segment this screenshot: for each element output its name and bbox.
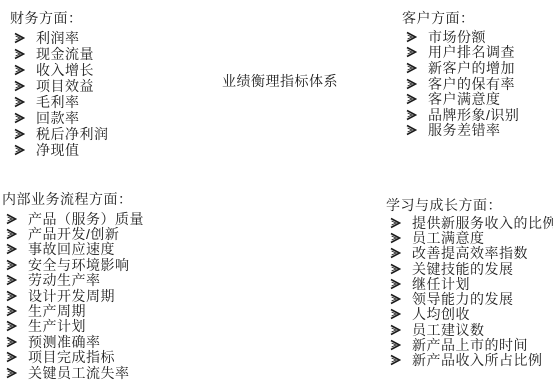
arrowhead-right-icon — [389, 354, 401, 366]
arrowhead-right-icon — [5, 320, 17, 332]
list-item-label: 净现值 — [36, 140, 80, 160]
list-item-label: 关键员工流失率 — [28, 363, 130, 383]
balanced-scorecard-diagram: 业绩衡理指标体系 财务方面： 利润率 现金流量 收入增长 — [0, 0, 553, 386]
arrowhead-right-icon — [13, 144, 25, 156]
list-item: 净现值 — [10, 142, 109, 158]
quadrant-learning-growth: 学习与成长方面： 提供新服务收入的比例 员工满意度 改善提高效率指数 — [386, 197, 553, 368]
arrowhead-right-icon — [389, 278, 401, 290]
arrowhead-right-icon — [13, 32, 25, 44]
list-item-label: 新产品收入所占比例 — [412, 350, 543, 370]
arrowhead-right-icon — [13, 128, 25, 140]
arrowhead-right-icon — [13, 80, 25, 92]
arrowhead-right-icon — [5, 213, 17, 225]
arrowhead-right-icon — [389, 232, 401, 244]
quadrant-customer-heading: 客户方面： — [402, 10, 519, 26]
arrowhead-right-icon — [5, 243, 17, 255]
arrowhead-right-icon — [405, 124, 417, 136]
arrowhead-right-icon — [13, 112, 25, 124]
arrowhead-right-icon — [405, 46, 417, 58]
arrowhead-right-icon — [5, 351, 17, 363]
list-item: 关键员工流失率 — [2, 365, 144, 380]
quadrant-financial: 财务方面： 利润率 现金流量 收入增长 — [10, 10, 109, 158]
arrowhead-right-icon — [405, 62, 417, 74]
quadrant-learning-growth-heading: 学习与成长方面： — [386, 197, 553, 213]
arrowhead-right-icon — [389, 217, 401, 229]
arrowhead-right-icon — [389, 247, 401, 259]
arrowhead-right-icon — [5, 228, 17, 240]
diagram-center-title: 业绩衡理指标体系 — [222, 71, 338, 91]
arrowhead-right-icon — [5, 367, 17, 379]
arrowhead-right-icon — [389, 308, 401, 320]
arrowhead-right-icon — [389, 324, 401, 336]
arrowhead-right-icon — [5, 290, 17, 302]
quadrant-internal-process-heading: 内部业务流程方面： — [2, 191, 144, 207]
quadrant-customer: 客户方面： 市场份额 用户排名调查 新客户的增加 — [402, 10, 519, 138]
quadrant-financial-list: 利润率 现金流量 收入增长 项目效益 — [10, 30, 109, 158]
arrowhead-right-icon — [13, 64, 25, 76]
arrowhead-right-icon — [405, 93, 417, 105]
quadrant-learning-growth-list: 提供新服务收入的比例 员工满意度 改善提高效率指数 关键技能的发展 — [386, 215, 553, 368]
arrowhead-right-icon — [405, 78, 417, 90]
list-item: 服务差错率 — [402, 123, 519, 139]
quadrant-financial-heading: 财务方面： — [10, 10, 109, 26]
arrowhead-right-icon — [389, 263, 401, 275]
list-item-label: 服务差错率 — [428, 120, 501, 140]
arrowhead-right-icon — [13, 96, 25, 108]
arrowhead-right-icon — [389, 339, 401, 351]
list-item: 新产品收入所占比例 — [386, 353, 553, 368]
arrowhead-right-icon — [5, 259, 17, 271]
quadrant-internal-process: 内部业务流程方面： 产品（服务）质量 产品开发/创新 事故回应速度 — [2, 191, 144, 380]
quadrant-customer-list: 市场份额 用户排名调查 新客户的增加 客户的保有率 — [402, 29, 519, 138]
arrowhead-right-icon — [5, 336, 17, 348]
quadrant-internal-process-list: 产品（服务）质量 产品开发/创新 事故回应速度 安全与环境影响 — [2, 211, 144, 380]
arrowhead-right-icon — [405, 109, 417, 121]
arrowhead-right-icon — [389, 293, 401, 305]
arrowhead-right-icon — [5, 274, 17, 286]
arrowhead-right-icon — [13, 48, 25, 60]
arrowhead-right-icon — [405, 31, 417, 43]
arrowhead-right-icon — [5, 305, 17, 317]
